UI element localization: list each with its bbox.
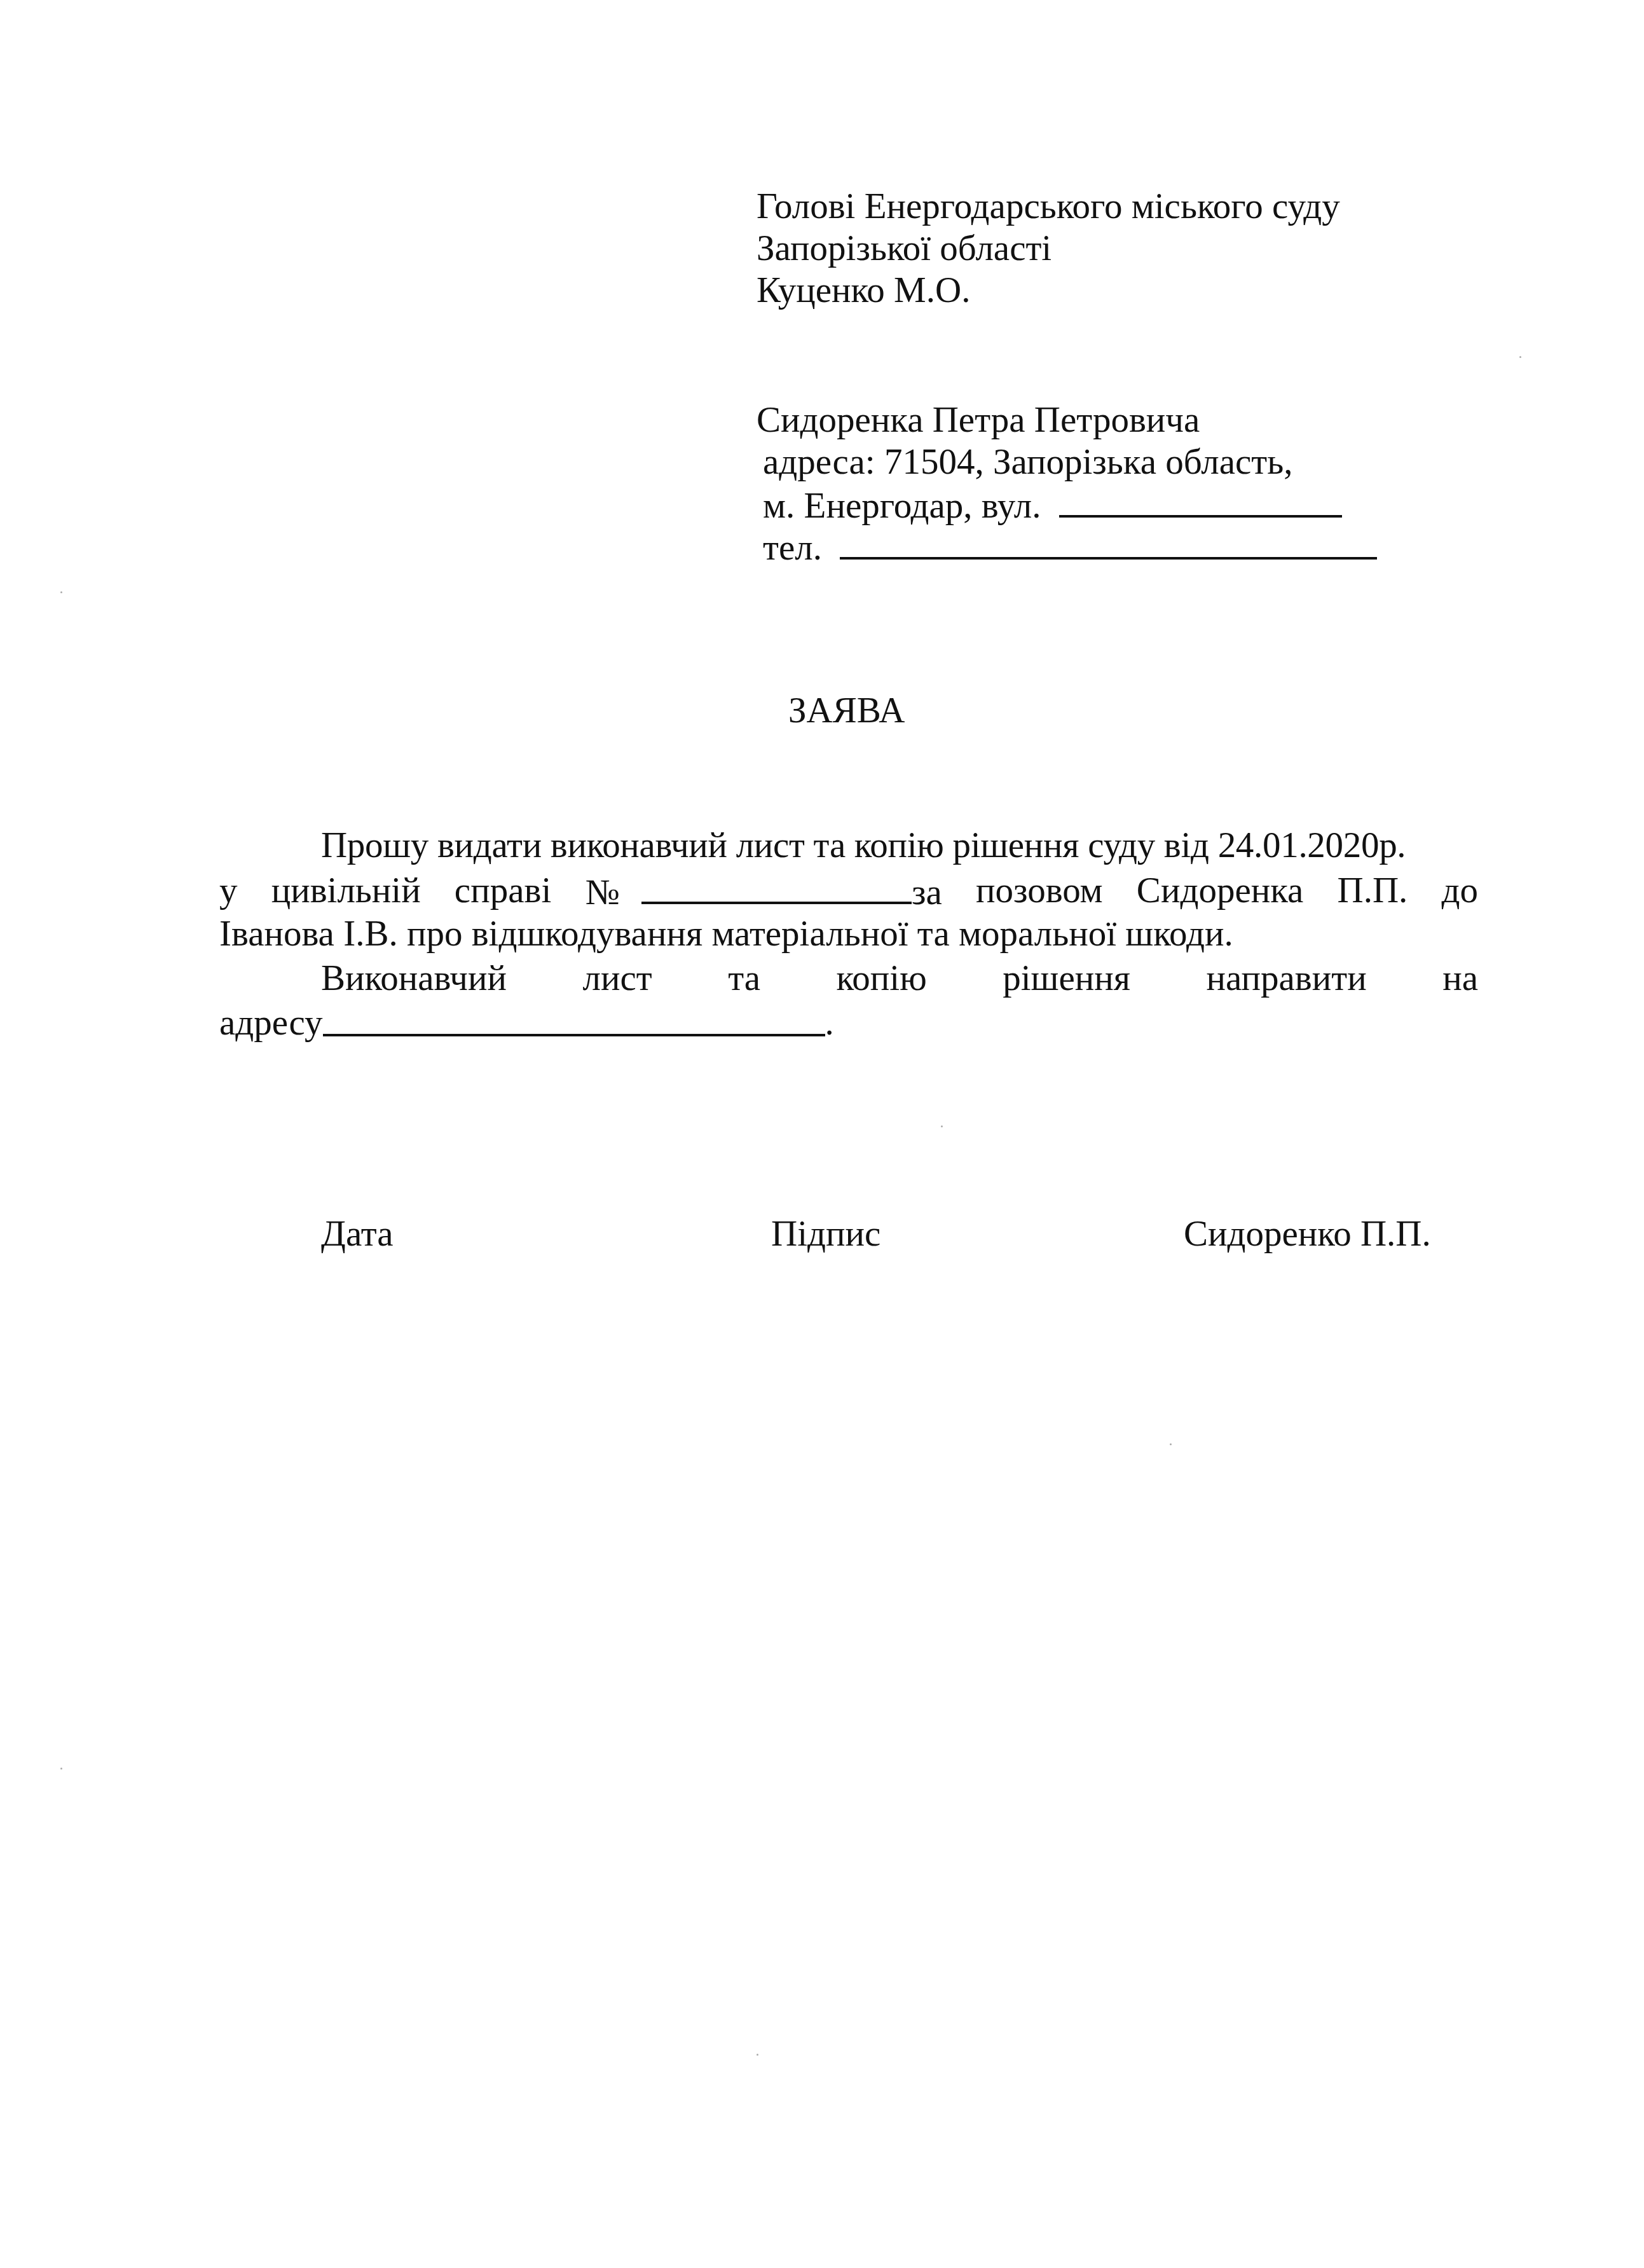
body-paragraph-1-line-2: у цивільній справі № за позовом Сидоренк… — [219, 870, 1478, 914]
scan-speck — [941, 1125, 943, 1127]
sender-phone-line: тел. — [763, 525, 1377, 569]
scan-speck — [60, 591, 62, 593]
body-paragraph-1-line-1: Прошу видати виконавчий лист та копію рі… — [219, 825, 1478, 867]
phone-label: тел. — [763, 528, 822, 568]
recipient-line-2: Запорізької області — [757, 228, 1051, 270]
body-paragraph-2-line-1: Виконавчий лист та копію рішення направи… — [219, 958, 1478, 1000]
sender-street-line: м. Енергодар, вул. — [763, 483, 1342, 527]
sender-name: Сидоренка Петра Петровича — [757, 399, 1200, 441]
delivery-address-blank-field[interactable] — [323, 1002, 825, 1036]
applicant-name: Сидоренко П.П. — [1184, 1213, 1431, 1255]
signature-label: Підпис — [771, 1213, 880, 1255]
document-page: Голові Енергодарського міського суду Зап… — [0, 0, 1644, 2268]
street-blank-field[interactable] — [1059, 483, 1342, 518]
recipient-line-1: Голові Енергодарського міського суду — [757, 186, 1340, 228]
phone-blank-field[interactable] — [840, 525, 1377, 560]
scan-speck — [1170, 1443, 1172, 1445]
sender-address: адреса: 71504, Запорізька область, — [763, 441, 1293, 483]
case-number-blank-field[interactable] — [641, 870, 912, 904]
address-label: адресу — [219, 1002, 323, 1044]
street-label: м. Енергодар, вул. — [763, 486, 1041, 526]
body-paragraph-1-line-3: Іванова І.В. про відшкодування матеріаль… — [219, 913, 1478, 955]
scan-speck — [60, 1768, 62, 1770]
scan-speck — [1519, 356, 1521, 358]
body-paragraph-2-line-2: адресу . — [219, 1002, 1478, 1044]
date-label: Дата — [321, 1213, 394, 1255]
scan-speck — [757, 2054, 758, 2056]
document-title: ЗАЯВА — [788, 690, 905, 731]
recipient-line-3: Куценко М.О. — [757, 270, 970, 312]
